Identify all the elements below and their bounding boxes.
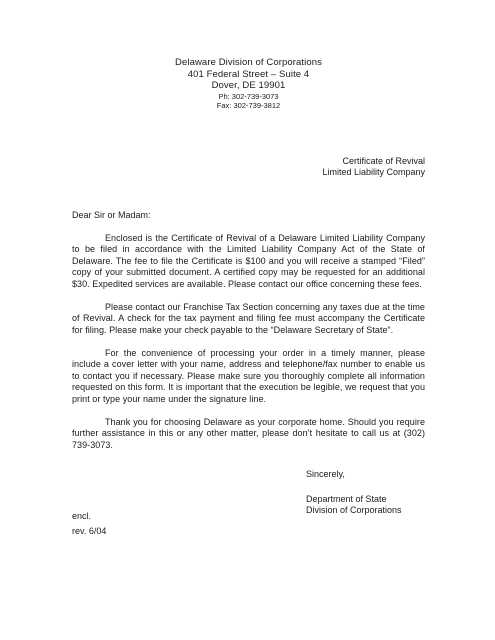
body-paragraph-2: Please contact our Franchise Tax Section… <box>72 302 425 337</box>
closing-division: Division of Corporations <box>306 505 425 517</box>
salutation: Dear Sir or Madam: <box>72 210 425 222</box>
closing-sincerely: Sincerely, <box>306 469 425 481</box>
closing-department: Department of State <box>306 494 425 506</box>
letterhead-street: 401 Federal Street – Suite 4 <box>72 69 425 81</box>
enclosure-note: encl. <box>72 511 91 523</box>
body-paragraph-3: For the convenience of processing your o… <box>72 348 425 406</box>
letterhead-org: Delaware Division of Corporations <box>72 57 425 69</box>
subject-title: Certificate of Revival <box>72 156 425 168</box>
closing-block: Sincerely, Department of State Division … <box>306 469 425 517</box>
body-paragraph-4: Thank you for choosing Delaware as your … <box>72 417 425 452</box>
closing-signature: Department of State Division of Corporat… <box>306 494 425 517</box>
letter-page: Delaware Division of Corporations 401 Fe… <box>0 0 495 640</box>
letterhead-fax: Fax: 302-739-3812 <box>72 101 425 111</box>
subject-block: Certificate of Revival Limited Liability… <box>72 156 425 179</box>
letterhead-phone: Ph: 302-739-3073 <box>72 92 425 102</box>
letterhead-city: Dover, DE 19901 <box>72 80 425 92</box>
revision-note: rev. 6/04 <box>72 526 106 538</box>
letterhead: Delaware Division of Corporations 401 Fe… <box>72 57 425 111</box>
subject-subtitle: Limited Liability Company <box>72 167 425 179</box>
body-paragraph-1: Enclosed is the Certificate of Revival o… <box>72 233 425 291</box>
